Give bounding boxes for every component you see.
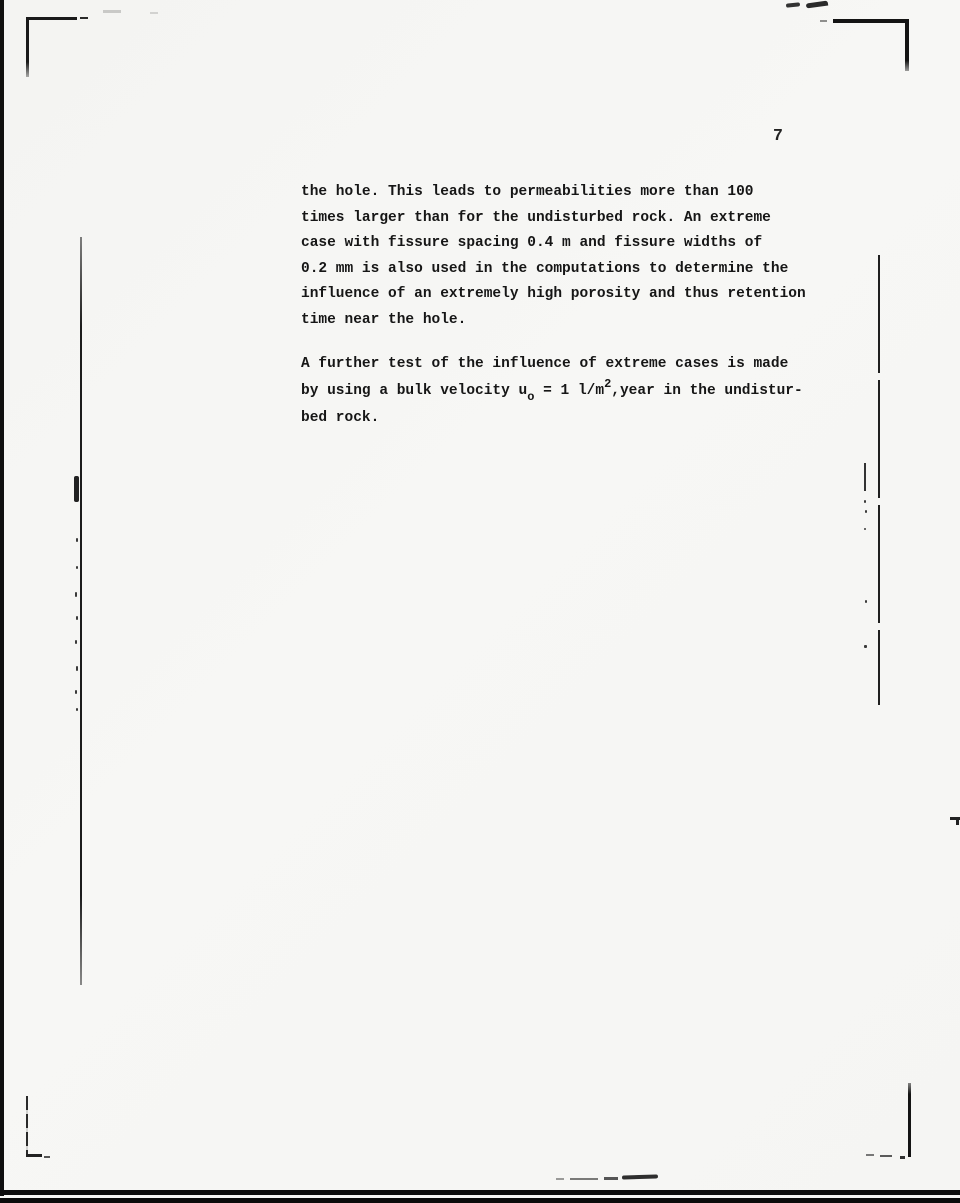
crop-mark-bottom-left-foot (26, 1154, 42, 1157)
crop-mark-bottom-left-vertical (26, 1096, 28, 1156)
text-line-formula: by using a bulk velocity uo = 1 l/m2,yea… (301, 378, 803, 405)
speck (864, 645, 867, 648)
formula-mid: = 1 l/m (534, 383, 604, 399)
paragraph-2: A further test of the influence of extre… (301, 351, 803, 432)
speck (76, 708, 78, 711)
bottom-right-dash-1 (866, 1154, 874, 1156)
speck (864, 500, 866, 503)
page-number: 7 (773, 126, 783, 145)
paragraph-1: the hole. This leads to permeabilities m… (301, 180, 806, 333)
ink-blob-left (74, 476, 79, 502)
crop-mark-top-left-horizontal (27, 17, 77, 20)
bottom-right-dash-3 (900, 1156, 905, 1159)
text-line: A further test of the influence of extre… (301, 351, 803, 378)
faint-smudge-top-left (103, 10, 121, 13)
ink-smudge-top-right (786, 2, 800, 7)
ink-smudge-top-right-2 (806, 0, 828, 8)
bottom-right-dash-2 (880, 1155, 892, 1157)
scan-fold-line-left (80, 237, 82, 985)
text-line: the hole. This leads to permeabilities m… (301, 180, 806, 206)
crop-mark-bottom-left-tick (44, 1156, 50, 1158)
scanned-document-page: 7 the hole. This leads to permeabilities… (0, 0, 960, 1203)
speck (864, 528, 866, 530)
speck (865, 510, 867, 513)
speck (75, 592, 77, 597)
speck (75, 690, 77, 694)
bottom-smudge-3 (604, 1177, 618, 1180)
crop-mark-top-left-vertical (26, 17, 29, 77)
speck (76, 538, 78, 542)
crop-mark-top-right-dash (820, 20, 827, 22)
speck (76, 566, 78, 569)
scan-left-edge-line (0, 0, 4, 1196)
right-edge-mark-tail (956, 817, 959, 825)
text-line: case with fissure spacing 0.4 m and fiss… (301, 231, 806, 257)
text-line: influence of an extremely high porosity … (301, 282, 806, 308)
ink-dash-right (864, 463, 866, 491)
bottom-smudge-4 (622, 1174, 658, 1179)
text-line: 0.2 mm is also used in the computations … (301, 257, 806, 283)
text-line: times larger than for the undisturbed ro… (301, 206, 806, 232)
scan-fold-line-right (878, 255, 880, 705)
crop-mark-top-right-horizontal (833, 19, 908, 23)
speck (76, 666, 78, 671)
bottom-scan-rule (0, 1190, 960, 1195)
text-line: bed rock. (301, 405, 803, 432)
speck (865, 600, 867, 603)
formula-pre: by using a bulk velocity u (301, 383, 527, 399)
speck (75, 640, 77, 644)
faint-smudge-top-left-2 (150, 12, 158, 14)
crop-mark-bottom-right-vertical (908, 1083, 911, 1157)
crop-mark-top-right-vertical (905, 19, 909, 71)
crop-mark-top-left-horizontal-dash (80, 17, 88, 19)
bottom-smudge-1 (556, 1178, 564, 1180)
speck (76, 616, 78, 620)
formula-post: ,year in the undistur- (611, 383, 802, 399)
text-line: time near the hole. (301, 308, 806, 334)
bottom-scan-band (0, 1198, 960, 1203)
bottom-smudge-2 (570, 1178, 598, 1180)
